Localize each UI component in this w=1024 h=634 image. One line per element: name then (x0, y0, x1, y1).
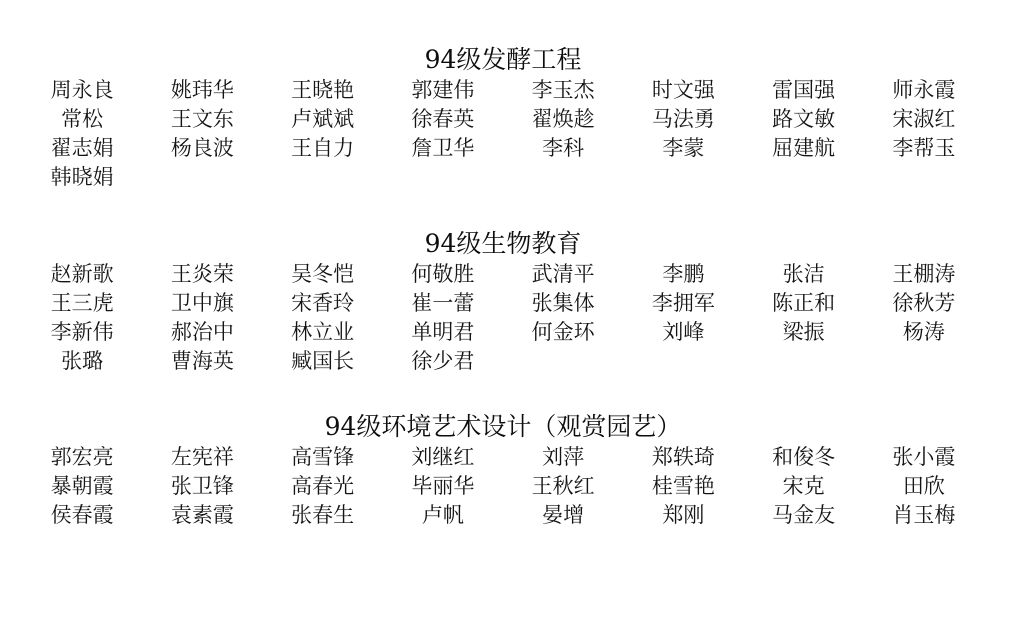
section-biology-education: 94级生物教育 赵新歌 王炎荣 吴冬恺 何敬胜 武清平 李鹏 张洁 王棚涛 王三… (22, 229, 984, 376)
student-name: 何金环 (503, 318, 623, 347)
student-name: 田欣 (864, 472, 984, 501)
name-grid: 郭宏亮 左宪祥 高雪锋 刘继红 刘萍 郑轶琦 和俊冬 张小霞 暴朝霞 张卫锋 高… (22, 443, 984, 530)
student-name: 桂雪艳 (623, 472, 743, 501)
student-name: 暴朝霞 (22, 472, 142, 501)
student-name: 王秋红 (503, 472, 623, 501)
student-name: 武清平 (503, 260, 623, 289)
student-name: 李蒙 (623, 134, 743, 163)
student-name: 王自力 (263, 134, 383, 163)
student-name: 詹卫华 (383, 134, 503, 163)
student-name: 郝治中 (142, 318, 262, 347)
student-name: 王三虎 (22, 289, 142, 318)
name-grid: 周永良 姚玮华 王晓艳 郭建伟 李玉杰 时文强 雷国强 师永霞 常松 王文东 卢… (22, 76, 984, 192)
student-name: 高春光 (263, 472, 383, 501)
section-title: 94级环境艺术设计（观赏园艺） (22, 412, 984, 442)
student-name: 李帮玉 (864, 134, 984, 163)
student-name: 徐少君 (383, 347, 503, 376)
student-name: 袁素霞 (142, 501, 262, 530)
section-title: 94级生物教育 (22, 229, 984, 259)
student-name: 王棚涛 (864, 260, 984, 289)
student-name: 刘继红 (383, 443, 503, 472)
student-name: 卫中旗 (142, 289, 262, 318)
section-environmental-art-design: 94级环境艺术设计（观赏园艺） 郭宏亮 左宪祥 高雪锋 刘继红 刘萍 郑轶琦 和… (22, 412, 984, 530)
student-name: 张洁 (744, 260, 864, 289)
student-name: 肖玉梅 (864, 501, 984, 530)
student-name: 张集体 (503, 289, 623, 318)
section-title: 94级发酵工程 (22, 45, 984, 75)
student-name: 宋香玲 (263, 289, 383, 318)
document-page: 94级发酵工程 周永良 姚玮华 王晓艳 郭建伟 李玉杰 时文强 雷国强 师永霞 … (0, 0, 1024, 634)
student-name: 崔一蕾 (383, 289, 503, 318)
student-name: 单明君 (383, 318, 503, 347)
student-name: 刘萍 (503, 443, 623, 472)
student-name: 王晓艳 (263, 76, 383, 105)
student-name: 郑轶琦 (623, 443, 743, 472)
student-name: 韩晓娟 (22, 163, 142, 192)
student-name: 高雪锋 (263, 443, 383, 472)
student-name: 师永霞 (864, 76, 984, 105)
student-name: 翟焕趁 (503, 105, 623, 134)
student-name: 李拥军 (623, 289, 743, 318)
student-name: 李鹏 (623, 260, 743, 289)
student-name: 郑刚 (623, 501, 743, 530)
student-name: 吴冬恺 (263, 260, 383, 289)
student-name: 和俊冬 (744, 443, 864, 472)
student-name: 周永良 (22, 76, 142, 105)
student-name: 王文东 (142, 105, 262, 134)
section-fermentation-engineering: 94级发酵工程 周永良 姚玮华 王晓艳 郭建伟 李玉杰 时文强 雷国强 师永霞 … (22, 45, 984, 192)
student-name: 李科 (503, 134, 623, 163)
student-name: 雷国强 (744, 76, 864, 105)
student-name: 刘峰 (623, 318, 743, 347)
student-name: 毕丽华 (383, 472, 503, 501)
student-name: 卢斌斌 (263, 105, 383, 134)
student-name: 左宪祥 (142, 443, 262, 472)
student-name: 时文强 (623, 76, 743, 105)
student-name: 李玉杰 (503, 76, 623, 105)
student-name: 卢帆 (383, 501, 503, 530)
student-name: 赵新歌 (22, 260, 142, 289)
student-name: 张璐 (22, 347, 142, 376)
student-name: 张春生 (263, 501, 383, 530)
student-name: 郭建伟 (383, 76, 503, 105)
student-name: 杨涛 (864, 318, 984, 347)
student-name: 姚玮华 (142, 76, 262, 105)
student-name: 林立业 (263, 318, 383, 347)
student-name: 徐春英 (383, 105, 503, 134)
student-name: 徐秋芳 (864, 289, 984, 318)
student-name: 翟志娟 (22, 134, 142, 163)
student-name: 屈建航 (744, 134, 864, 163)
student-name: 臧国长 (263, 347, 383, 376)
student-name: 常松 (22, 105, 142, 134)
student-name: 陈正和 (744, 289, 864, 318)
student-name: 路文敏 (744, 105, 864, 134)
name-grid: 赵新歌 王炎荣 吴冬恺 何敬胜 武清平 李鹏 张洁 王棚涛 王三虎 卫中旗 宋香… (22, 260, 984, 376)
student-name: 曹海英 (142, 347, 262, 376)
student-name: 宋克 (744, 472, 864, 501)
student-name: 王炎荣 (142, 260, 262, 289)
student-name: 张卫锋 (142, 472, 262, 501)
student-name: 李新伟 (22, 318, 142, 347)
student-name: 郭宏亮 (22, 443, 142, 472)
student-name: 杨良波 (142, 134, 262, 163)
student-name: 侯春霞 (22, 501, 142, 530)
student-name: 张小霞 (864, 443, 984, 472)
student-name: 马法勇 (623, 105, 743, 134)
student-name: 马金友 (744, 501, 864, 530)
student-name: 宋淑红 (864, 105, 984, 134)
student-name: 何敬胜 (383, 260, 503, 289)
student-name: 晏增 (503, 501, 623, 530)
student-name: 梁振 (744, 318, 864, 347)
